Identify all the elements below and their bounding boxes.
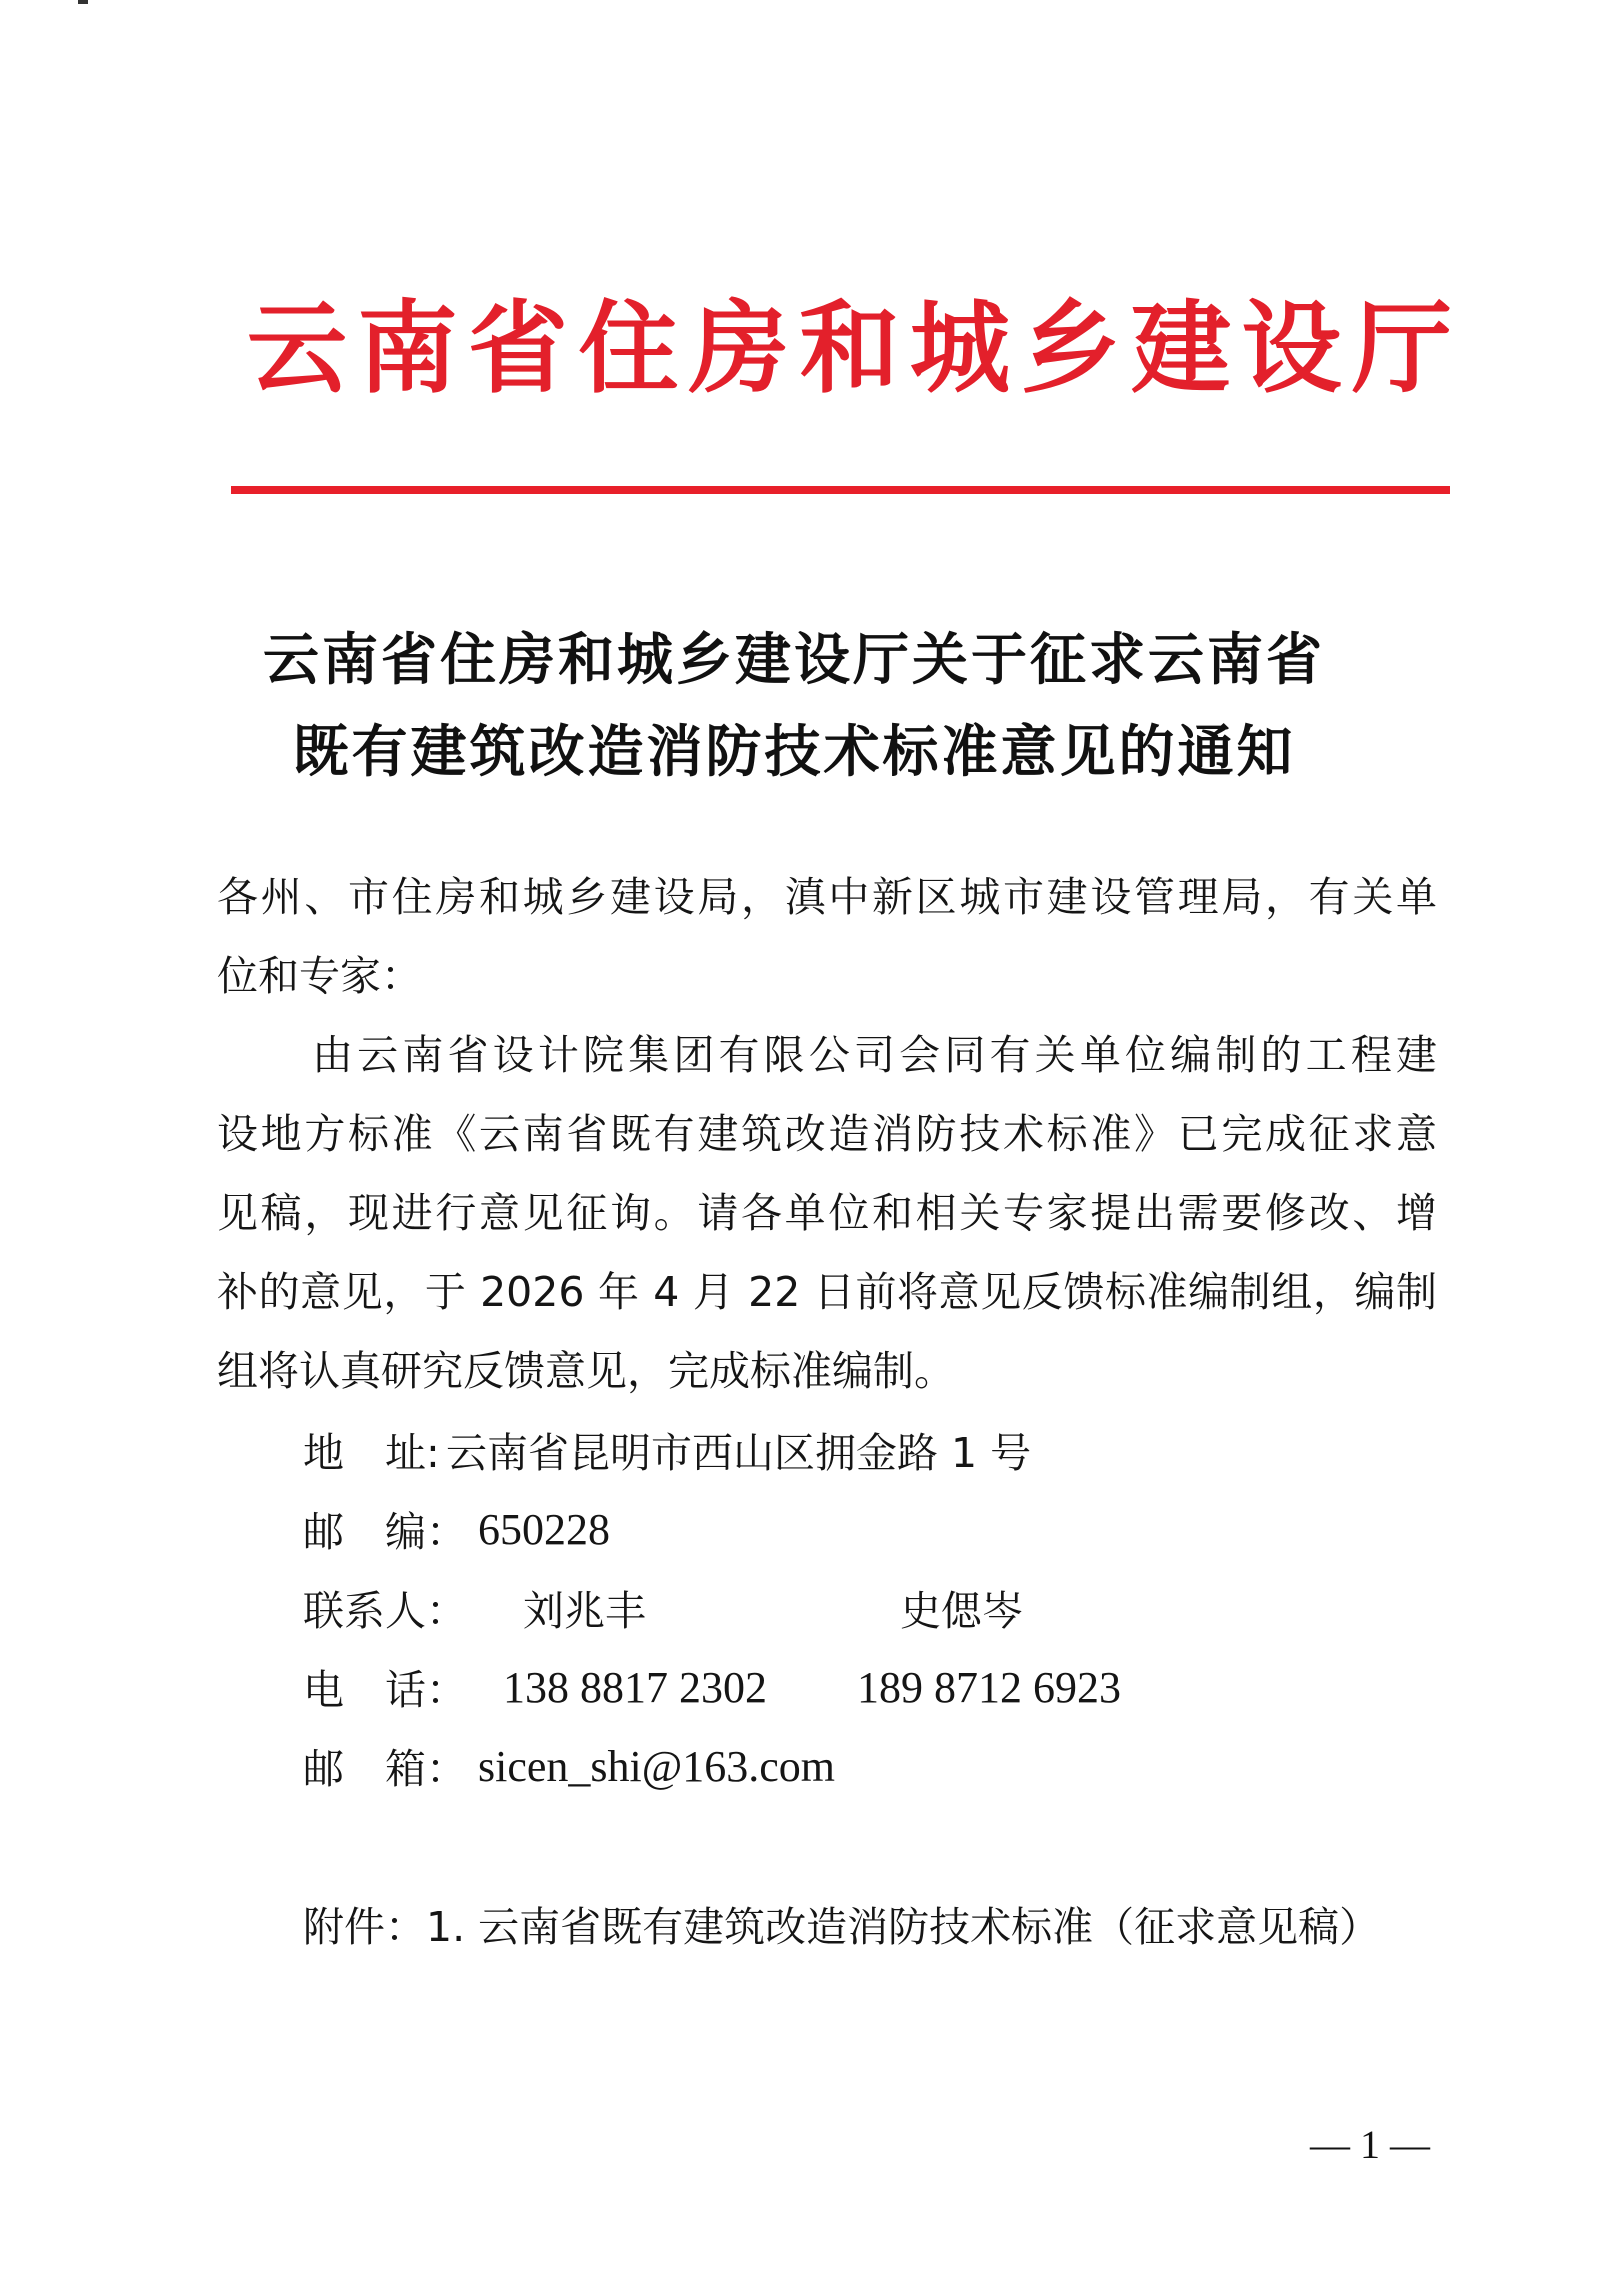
letterhead-issuer: 云 南 省 住 房 和 城 乡 建 设 厅 bbox=[247, 292, 1452, 404]
body-line: 设地方标准《云南省既有建筑改造消防技术标准》已完成征求意 bbox=[217, 1109, 1437, 1159]
scan-artifact-mark bbox=[78, 0, 88, 4]
letterhead-char: 住 bbox=[579, 292, 679, 404]
letterhead-char: 乡 bbox=[1021, 292, 1121, 404]
letterhead-char: 厅 bbox=[1352, 292, 1452, 404]
letterhead-char: 建 bbox=[1131, 292, 1231, 404]
postcode-value: 650228 bbox=[478, 1505, 610, 1555]
address-value: 云南省昆明市西山区拥金路 1 号 bbox=[446, 1428, 1031, 1478]
letterhead-char: 南 bbox=[358, 292, 458, 404]
contact-1-name: 刘兆丰 bbox=[523, 1586, 646, 1636]
page-number: — 1 — bbox=[1300, 2120, 1440, 2170]
postcode-label: 邮 编： bbox=[303, 1507, 467, 1557]
phone-row: 电 话： 138 8817 2302 189 8712 6923 bbox=[303, 1665, 1203, 1715]
postcode-row: 邮 编： 650228 bbox=[303, 1507, 1103, 1557]
letterhead-char: 设 bbox=[1242, 292, 1342, 404]
contact-2-name: 史偲岑 bbox=[900, 1586, 1023, 1636]
body-line: 补的意见，于 2026 年 4 月 22 日前将意见反馈标准编制组，编制 bbox=[217, 1267, 1437, 1317]
letterhead-char: 云 bbox=[247, 292, 347, 404]
letterhead-red-rule bbox=[231, 486, 1450, 494]
attachment-label: 附件： bbox=[303, 1903, 426, 1951]
contact-1-phone: 138 8817 2302 bbox=[503, 1663, 767, 1713]
salutation-line-2: 位和专家： bbox=[217, 951, 1437, 1001]
contact-2-phone: 189 8712 6923 bbox=[857, 1663, 1121, 1713]
document-title-line-2: 既有建筑改造消防技术标准意见的通知 bbox=[0, 722, 1594, 782]
body-line: 组将认真研究反馈意见，完成标准编制。 bbox=[217, 1346, 1437, 1396]
contacts-label: 联系人： bbox=[303, 1586, 467, 1636]
letterhead-char: 房 bbox=[689, 292, 789, 404]
email-value[interactable]: sicen_shi@163.com bbox=[478, 1742, 835, 1792]
salutation-line-1: 各州、市住房和城乡建设局，滇中新区城市建设管理局，有关单 bbox=[217, 872, 1437, 922]
body-line: 由云南省设计院集团有限公司会同有关单位编制的工程建 bbox=[312, 1030, 1437, 1080]
email-label: 邮 箱： bbox=[303, 1744, 467, 1794]
attachment-line: 附件：1. 云南省既有建筑改造消防技术标准（征求意见稿） bbox=[303, 1902, 1438, 1952]
letterhead-char: 省 bbox=[468, 292, 568, 404]
body-line: 见稿，现进行意见征询。请各单位和相关专家提出需要修改、增 bbox=[217, 1188, 1437, 1238]
address-row: 地 址: 云南省昆明市西山区拥金路 1 号 bbox=[303, 1428, 1103, 1478]
address-label: 地 址: bbox=[303, 1428, 440, 1478]
contacts-row: 联系人： 刘兆丰 史偲岑 bbox=[303, 1586, 1203, 1636]
phone-label: 电 话： bbox=[303, 1665, 467, 1715]
email-row: 邮 箱： sicen_shi@163.com bbox=[303, 1744, 1203, 1794]
attachment-item-1: 1. 云南省既有建筑改造消防技术标准（征求意见稿） bbox=[426, 1903, 1380, 1951]
letterhead-char: 和 bbox=[800, 292, 900, 404]
letterhead-char: 城 bbox=[910, 292, 1010, 404]
document-title-line-1: 云南省住房和城乡建设厅关于征求云南省 bbox=[0, 630, 1594, 690]
